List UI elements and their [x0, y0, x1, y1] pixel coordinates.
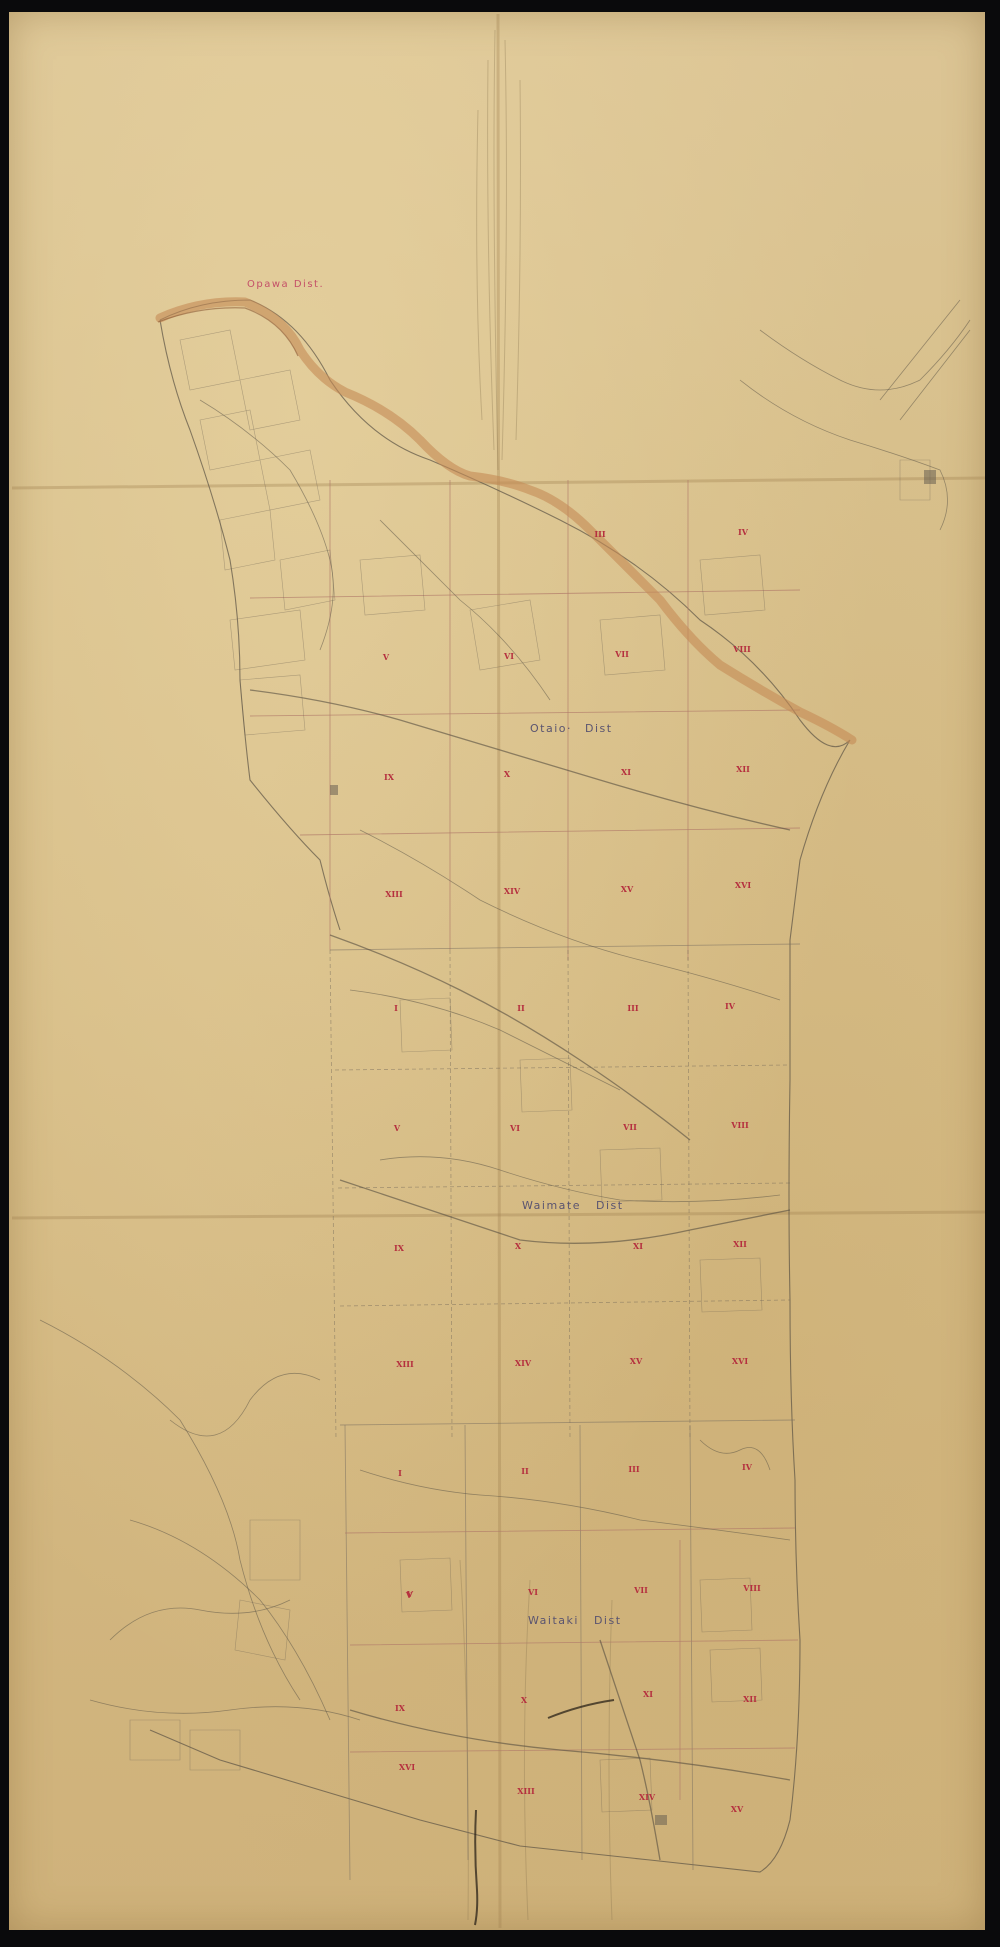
block-numeral-waitaki-vi: VI — [527, 1587, 538, 1597]
upper-right-region — [740, 300, 970, 530]
block-numeral-otaio-xv: XV — [621, 884, 634, 894]
paper-folds — [12, 14, 985, 1928]
block-numeral-waitaki-x: X — [521, 1695, 528, 1705]
property-lots — [180, 330, 765, 1812]
block-numeral-waitaki-i: I — [398, 1468, 402, 1478]
block-numeral-waitaki-xiv: XIV — [639, 1792, 656, 1802]
block-numeral-otaio-xiv: XIV — [504, 886, 521, 896]
block-numeral-waitaki-iii: III — [628, 1464, 639, 1474]
block-numeral-waimate-v: V — [393, 1123, 401, 1133]
block-numeral-waitaki-xvi: XVI — [399, 1762, 415, 1772]
block-numeral-waitaki-xi: XI — [643, 1689, 653, 1699]
block-numeral-waimate-iv: IV — [725, 1001, 736, 1011]
town-waitaki — [655, 1815, 667, 1825]
block-numeral-otaio-xi: XI — [621, 767, 631, 777]
block-numeral-waimate-vi: VI — [509, 1123, 520, 1133]
block-numeral-otaio-v: V — [382, 652, 390, 662]
block-numeral-otaio-vi: VI — [503, 651, 514, 661]
district-label-otaio: Otaio· Dist — [530, 722, 613, 735]
block-numeral-waimate-xi: XI — [633, 1241, 643, 1251]
block-numeral-waimate-xv: XV — [630, 1356, 643, 1366]
roads — [250, 690, 790, 1925]
block-numeral-otaio-x: X — [504, 769, 511, 779]
block-numeral-waimate-ix: IX — [394, 1243, 405, 1253]
block-numeral-waitaki-vii: VII — [633, 1585, 648, 1595]
district-label-waitaki: Waitaki Dist — [528, 1614, 622, 1627]
block-numeral-waitaki-west-v: V — [405, 1590, 413, 1600]
block-numeral-waimate-xiii: XIII — [396, 1359, 414, 1369]
block-numeral-waimate-ii: II — [517, 1003, 525, 1013]
block-numeral-waimate-x: X — [515, 1241, 522, 1251]
block-numeral-otaio-xvi: XVI — [735, 880, 751, 890]
western-boundaries — [40, 1320, 360, 1770]
rivers — [200, 400, 790, 1540]
block-numeral-waitaki-xv: XV — [731, 1804, 744, 1814]
block-numeral-otaio-xii: XII — [736, 764, 750, 774]
block-numeral-waitaki-xiii: XIII — [517, 1786, 535, 1796]
block-numeral-waimate-xvi: XVI — [732, 1356, 748, 1366]
block-numeral-waimate-i: I — [394, 1003, 398, 1013]
town-timaru — [924, 470, 936, 484]
block-numeral-otaio-viii: VIII — [732, 644, 751, 654]
block-numeral-waitaki-ii: II — [521, 1466, 529, 1476]
block-numeral-otaio-ix: IX — [384, 772, 395, 782]
survey-map[interactable]: Opawa Dist. Otaio· Dist Waimate Dist Wai… — [0, 0, 1000, 1947]
block-numeral-otaio-xiii: XIII — [385, 889, 403, 899]
block-numeral-otaio-vii: VII — [614, 649, 629, 659]
district-label-waimate: Waimate Dist — [522, 1199, 624, 1212]
block-numeral-waitaki-viii: VIII — [742, 1583, 761, 1593]
opawa-coast-band — [158, 302, 852, 740]
block-numeral-waimate-xii: XII — [733, 1239, 747, 1249]
block-numeral-waitaki-xii: XII — [743, 1694, 757, 1704]
block-numeral-waitaki-ix: IX — [395, 1703, 406, 1713]
block-numeral-waimate-xiv: XIV — [515, 1358, 532, 1368]
town-otaio — [330, 785, 338, 795]
district-label-opawa: Opawa Dist. — [247, 279, 324, 290]
survey-grid — [250, 480, 800, 1880]
block-numeral-waimate-viii: VIII — [730, 1120, 749, 1130]
block-numeral-waimate-vii: VII — [622, 1122, 637, 1132]
block-numeral-waitaki-iv: IV — [742, 1462, 753, 1472]
block-numeral-waimate-iii: III — [627, 1003, 638, 1013]
block-numeral-opawa-iii: III — [594, 529, 605, 539]
towns — [330, 470, 936, 1825]
block-numeral-opawa-iv: IV — [738, 527, 749, 537]
